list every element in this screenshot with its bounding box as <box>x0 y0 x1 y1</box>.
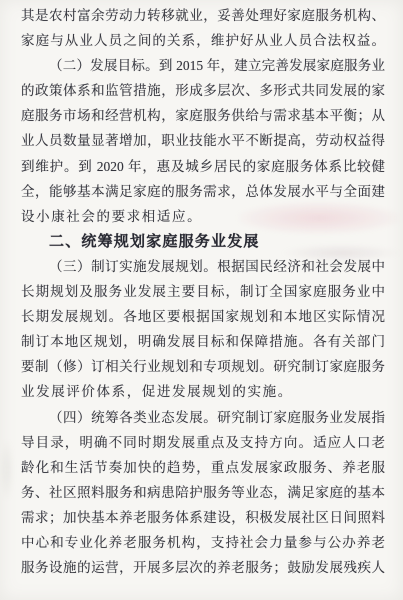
text-line: 设小康社会的要求相适应。 <box>21 204 385 229</box>
text-line: 长期发展规划。各地区要根据国家规划和本地区实际情况 <box>21 304 385 329</box>
text-line: 中心和专业化养老服务机构，支持社会力量参与公办养老 <box>21 530 385 555</box>
text-line: 导目录，明确不同时期发展重点及支持方向。适应人口老 <box>21 430 385 455</box>
text-line: 业发展评价体系，促进发展规划的实施。 <box>21 379 385 404</box>
text-line: （二）发展目标。到 2015 年，建立完善发展家庭服务业 <box>21 53 385 78</box>
text-line: （三）制订实施发展规划。根据国民经济和社会发展中 <box>21 254 385 279</box>
text-line: 龄化和生活节奏加快的趋势，重点发展家政服务、养老服 <box>21 455 385 480</box>
text-line: 全，能够基本满足家庭的服务需求，总体发展水平与全面建 <box>21 179 385 204</box>
text-line: 服务设施的运营，开展多层次的养老服务；鼓励发展残疾人 <box>21 555 385 580</box>
text-line: 业人员数量显著增加，职业技能水平不断提高，劳动权益得 <box>21 128 385 153</box>
section-heading: 二、统筹规划家庭服务业发展 <box>21 229 385 254</box>
text-line: 长期规划及服务业发展主要目标，制订全国家庭服务业中 <box>21 279 385 304</box>
document-page: 其是农村富余劳动力转移就业，妥善处理好家庭服务机构、 家庭与从业人员之间的关系，… <box>0 0 403 600</box>
text-line: 到维护。到 2020 年，惠及城乡居民的家庭服务体系比较健 <box>21 154 385 179</box>
text-line: 务、社区照料服务和病患陪护服务等业态，满足家庭的基本 <box>21 480 385 505</box>
text-line: 家庭与从业人员之间的关系，维护好从业人员合法权益。 <box>21 28 385 53</box>
document-text: 其是农村富余劳动力转移就业，妥善处理好家庭服务机构、 家庭与从业人员之间的关系，… <box>21 3 385 580</box>
text-line: 庭服务市场和经营机构，家庭服务供给与需求基本平衡；从 <box>21 103 385 128</box>
text-line: 要制（修）订相关行业规划和专项规划。研究制订家庭服务 <box>21 354 385 379</box>
scan-edge-smudge <box>0 440 14 500</box>
text-line: （四）统筹各类业态发展。研究制订家庭服务业发展指 <box>21 405 385 430</box>
text-line: 的政策体系和监管措施，形成多层次、多形式共同发展的家 <box>21 78 385 103</box>
text-line: 其是农村富余劳动力转移就业，妥善处理好家庭服务机构、 <box>21 3 385 28</box>
text-line: 需求；加快基本养老服务体系建设，积极发展社区日间照料 <box>21 505 385 530</box>
text-line: 制订本地区规划，明确发展目标和保障措施。各有关部门 <box>21 329 385 354</box>
